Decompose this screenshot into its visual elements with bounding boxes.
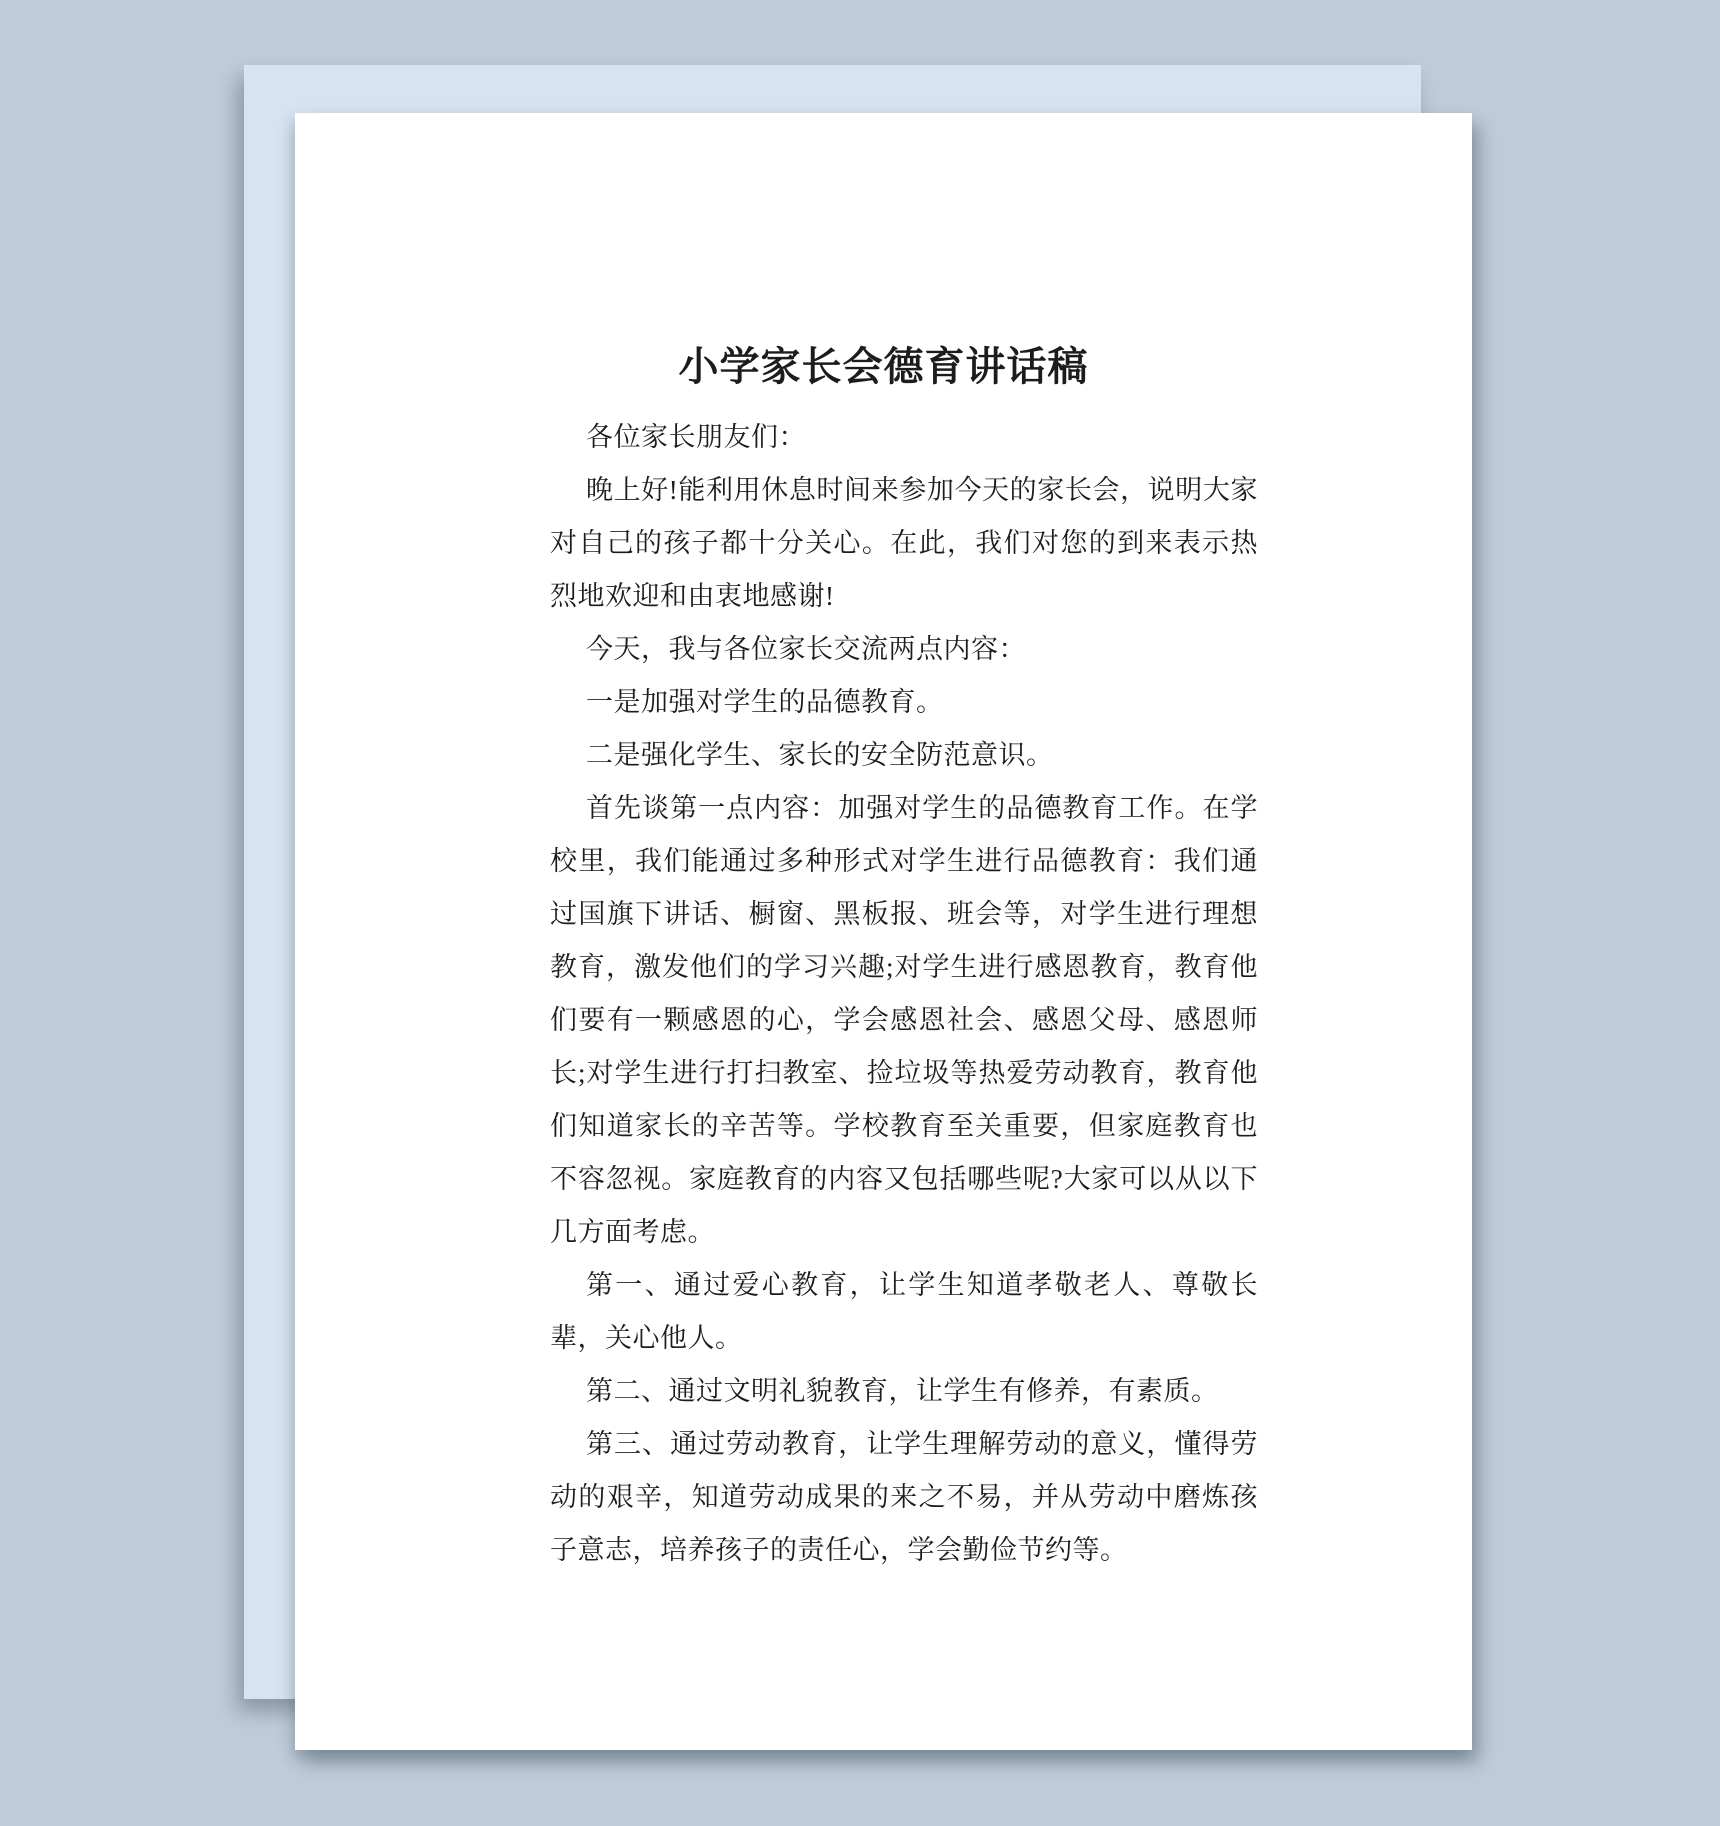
document-page: 小学家长会德育讲话稿 各位家长朋友们：晚上好!能利用休息时间来参加今天的家长会，… — [295, 113, 1472, 1750]
paragraph: 晚上好!能利用休息时间来参加今天的家长会，说明大家对自己的孩子都十分关心。在此，… — [550, 464, 1258, 623]
paragraph: 各位家长朋友们： — [550, 411, 1258, 464]
paragraph: 第三、通过劳动教育，让学生理解劳动的意义，懂得劳动的艰辛，知道劳动成果的来之不易… — [550, 1418, 1258, 1577]
paragraph: 二是强化学生、家长的安全防范意识。 — [550, 729, 1258, 782]
paragraph: 首先谈第一点内容：加强对学生的品德教育工作。在学校里，我们能通过多种形式对学生进… — [550, 782, 1258, 1259]
paragraph: 第一、通过爱心教育，让学生知道孝敬老人、尊敬长辈，关心他人。 — [550, 1259, 1258, 1365]
document-title: 小学家长会德育讲话稿 — [295, 337, 1472, 397]
paragraph: 今天，我与各位家长交流两点内容： — [550, 623, 1258, 676]
paragraph: 第二、通过文明礼貌教育，让学生有修养，有素质。 — [550, 1365, 1258, 1418]
paragraph: 一是加强对学生的品德教育。 — [550, 676, 1258, 729]
document-body: 各位家长朋友们：晚上好!能利用休息时间来参加今天的家长会，说明大家对自己的孩子都… — [295, 411, 1472, 1577]
